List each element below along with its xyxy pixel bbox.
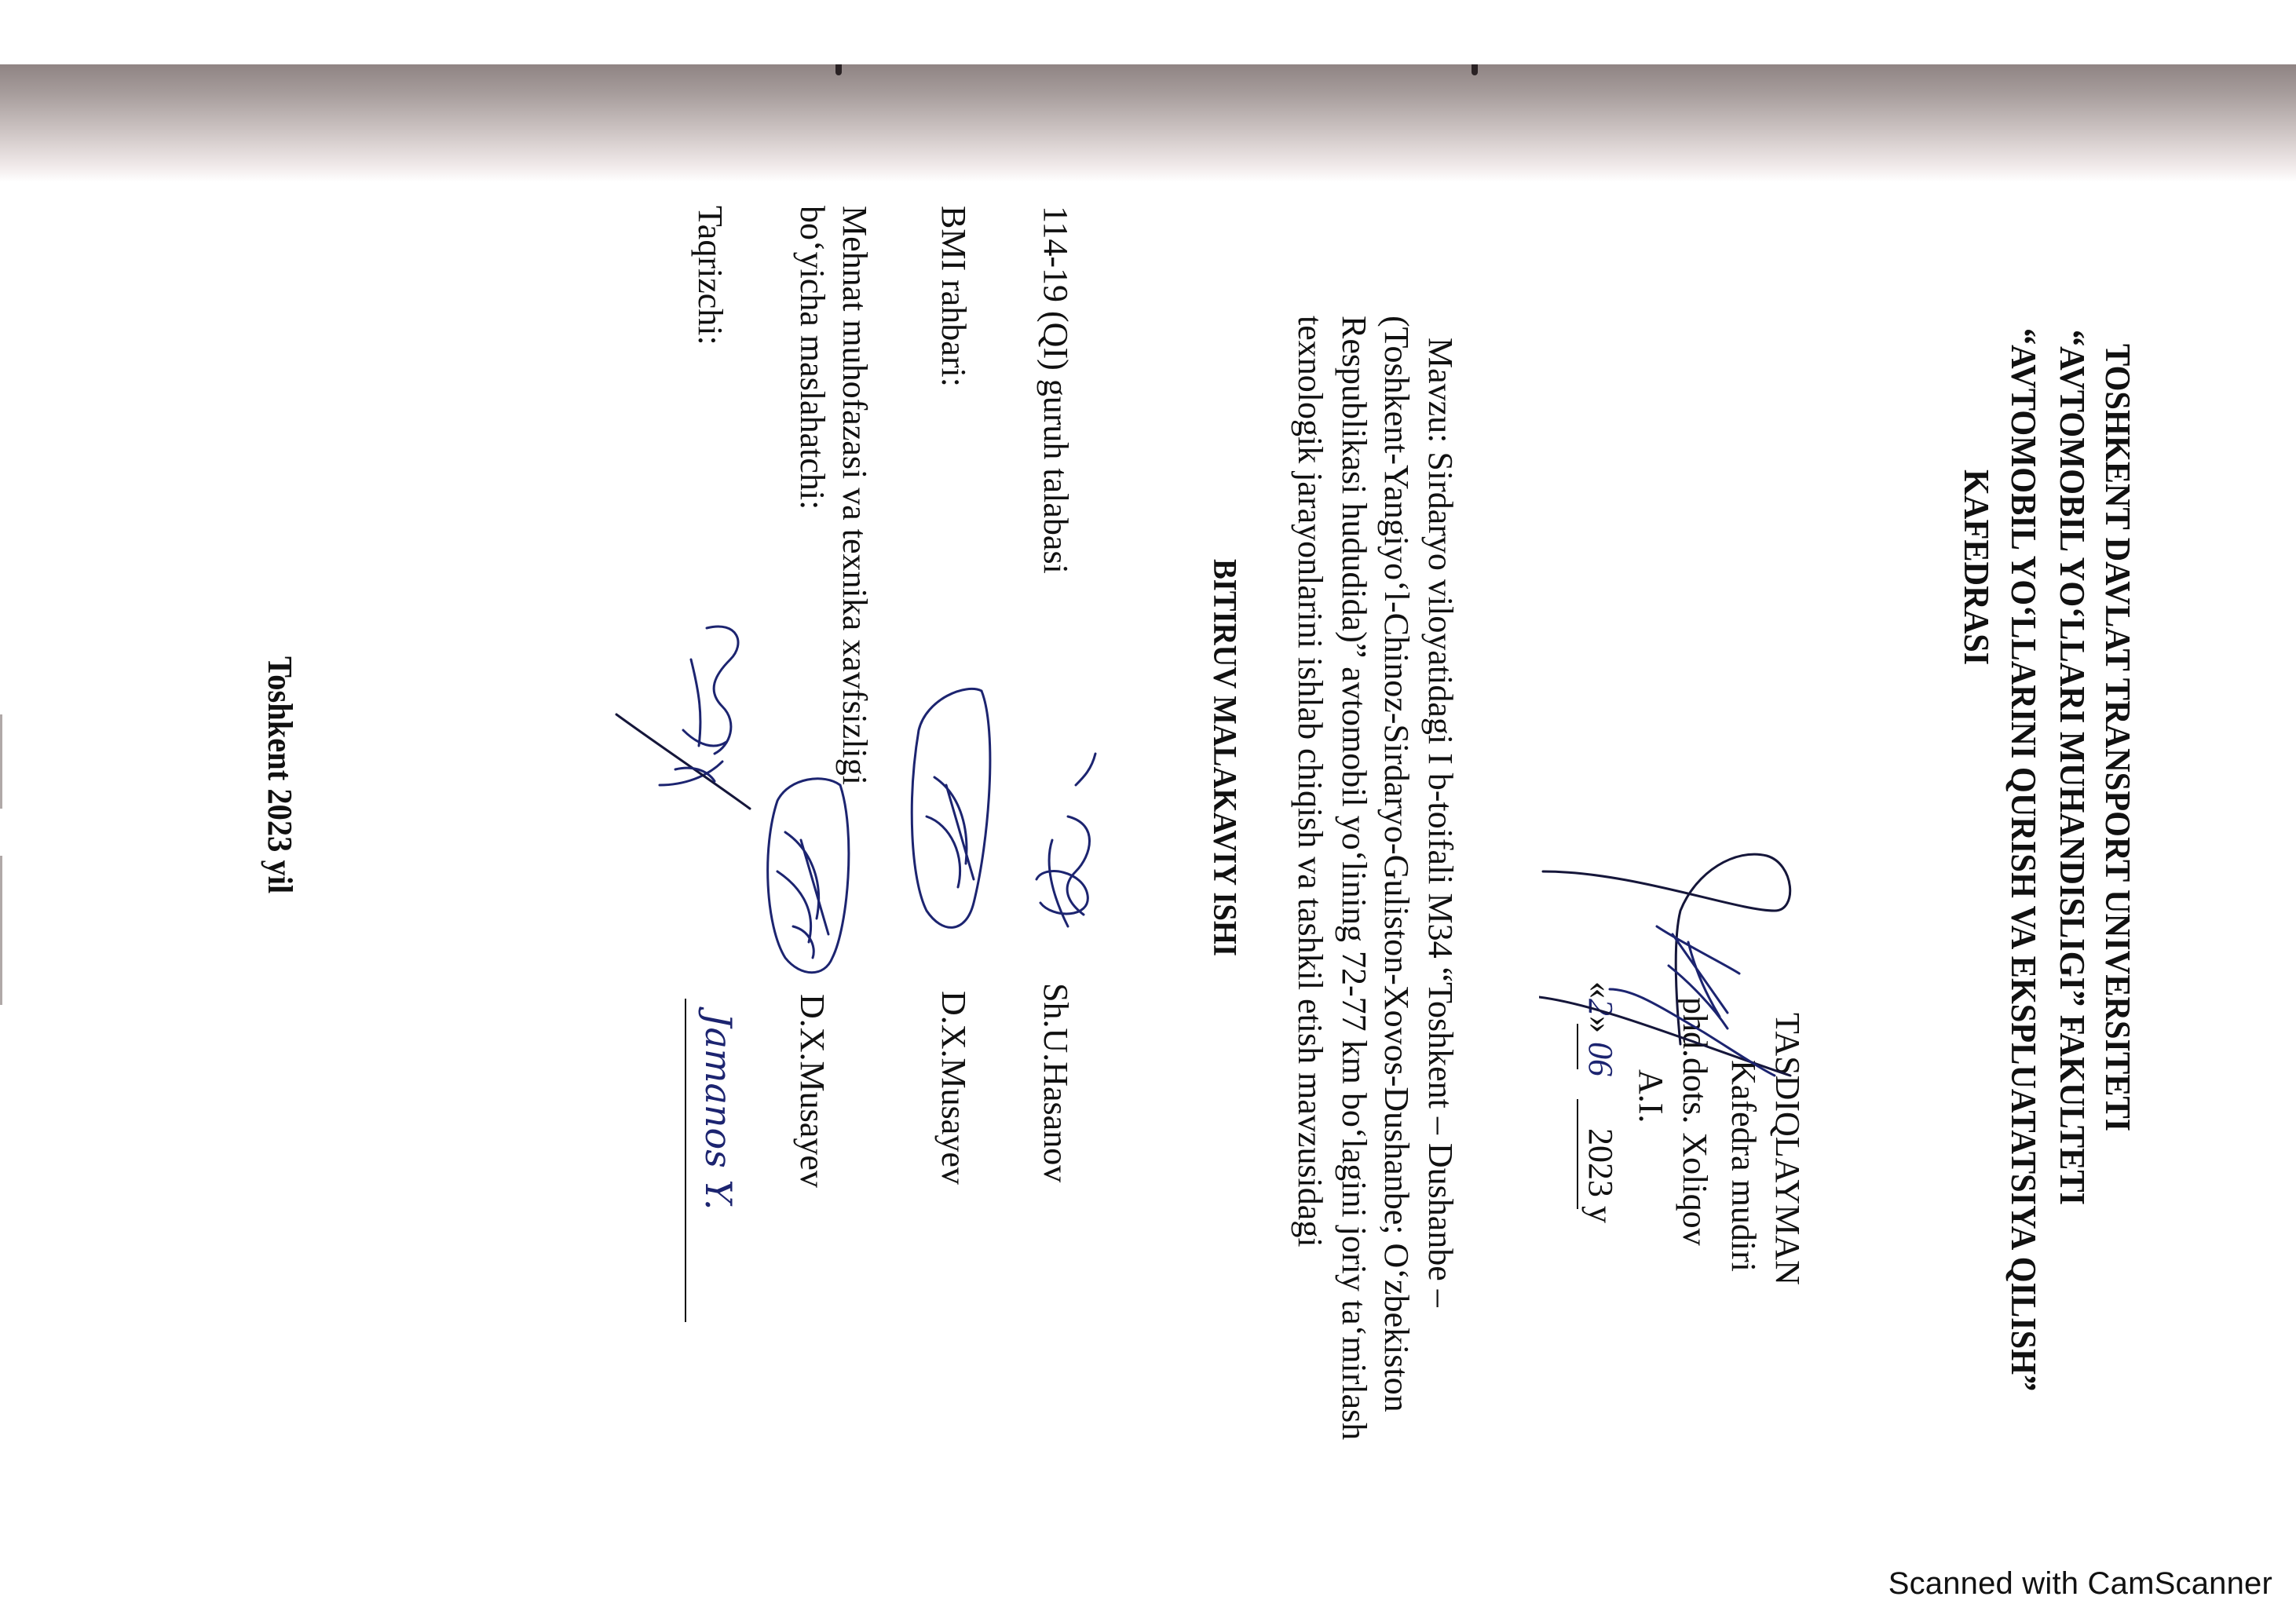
binding-mark — [835, 64, 842, 75]
university-name: TOSHKENT DAVLAT TRANSPORT UNIVERSITETI — [2100, 344, 2136, 1131]
department-name: “AVTOMOBIL YO‘LLARINI QURISH VA EKSPLUAT… — [2005, 328, 2042, 1391]
work-title: BITIRUV MALAKAVIY ISHI — [1208, 559, 1241, 956]
date-close-quote: » — [1581, 1016, 1620, 1033]
supervisor-label: BMI rahbari: — [936, 206, 971, 387]
safety-consultant-name: D.X.Musayev — [795, 994, 829, 1188]
safety-consultant-label-line1: Mehnat muhofazasi va texnika xavfsizligi — [837, 206, 872, 785]
date-month: 06 — [1581, 1042, 1620, 1076]
date-day-underline — [1577, 1024, 1578, 1069]
page-edge — [0, 856, 2, 1005]
footer-place-year: Toshkent 2023 yil — [262, 656, 297, 893]
approval-role: Kafedra mudiri — [1726, 1060, 1760, 1272]
date-open-quote: « — [1581, 981, 1620, 999]
reviewer-label: Taqrizchi: — [693, 206, 727, 345]
department-suffix: KAFEDRASI — [1958, 469, 1994, 665]
topic-line: (Toshkent-Yangiyo‘l-Chinoz-Sirdaryo-Guli… — [1379, 316, 1413, 1412]
reviewer-handwritten-name: Jamanos Y. — [700, 1013, 737, 1211]
date-month-underline — [1577, 1099, 1578, 1209]
camscanner-watermark: Scanned with CamScanner — [1888, 1566, 2272, 1602]
topic-line: Mavzu: Sirdaryo viloyatidagi I b-toifali… — [1423, 338, 1457, 1307]
reviewer-signature-line — [685, 999, 686, 1322]
approval-date: «2» 06 2023 y — [1583, 981, 1618, 1223]
supervisor-name: D.X.Musayev — [936, 991, 971, 1185]
student-label: 114-19 (QI) guruh talabasi — [1038, 206, 1073, 574]
supervisor-signature — [903, 683, 997, 942]
topic-line: Respublikasi hududida)” avtomobil yo‘lin… — [1336, 316, 1371, 1440]
approval-person: phd.dots. Xoliqov — [1677, 997, 1712, 1246]
scan-shadow — [0, 64, 2296, 182]
student-signature — [1021, 746, 1107, 942]
safety-consultant-label-line2: bo‘yicha maslahatchi: — [795, 206, 829, 510]
date-year: 2023 y — [1581, 1128, 1620, 1223]
reviewer-signature — [612, 612, 754, 816]
safety-consultant-signature — [754, 769, 856, 981]
faculty-name: “AVTOMOBIL YO‘LLARI MUHANDISLIGI” FAKULT… — [2054, 330, 2090, 1205]
date-day: 2 — [1581, 999, 1620, 1016]
binding-mark — [1472, 64, 1478, 75]
student-name: Sh.U.Hasanov — [1038, 983, 1073, 1182]
approval-title: TASDIQLAYMAN — [1770, 1013, 1804, 1285]
approval-initials: A.I. — [1633, 1069, 1668, 1123]
page-edge — [0, 714, 2, 809]
topic-line: texnologik jarayonlarini ishlab chiqish … — [1292, 316, 1327, 1248]
